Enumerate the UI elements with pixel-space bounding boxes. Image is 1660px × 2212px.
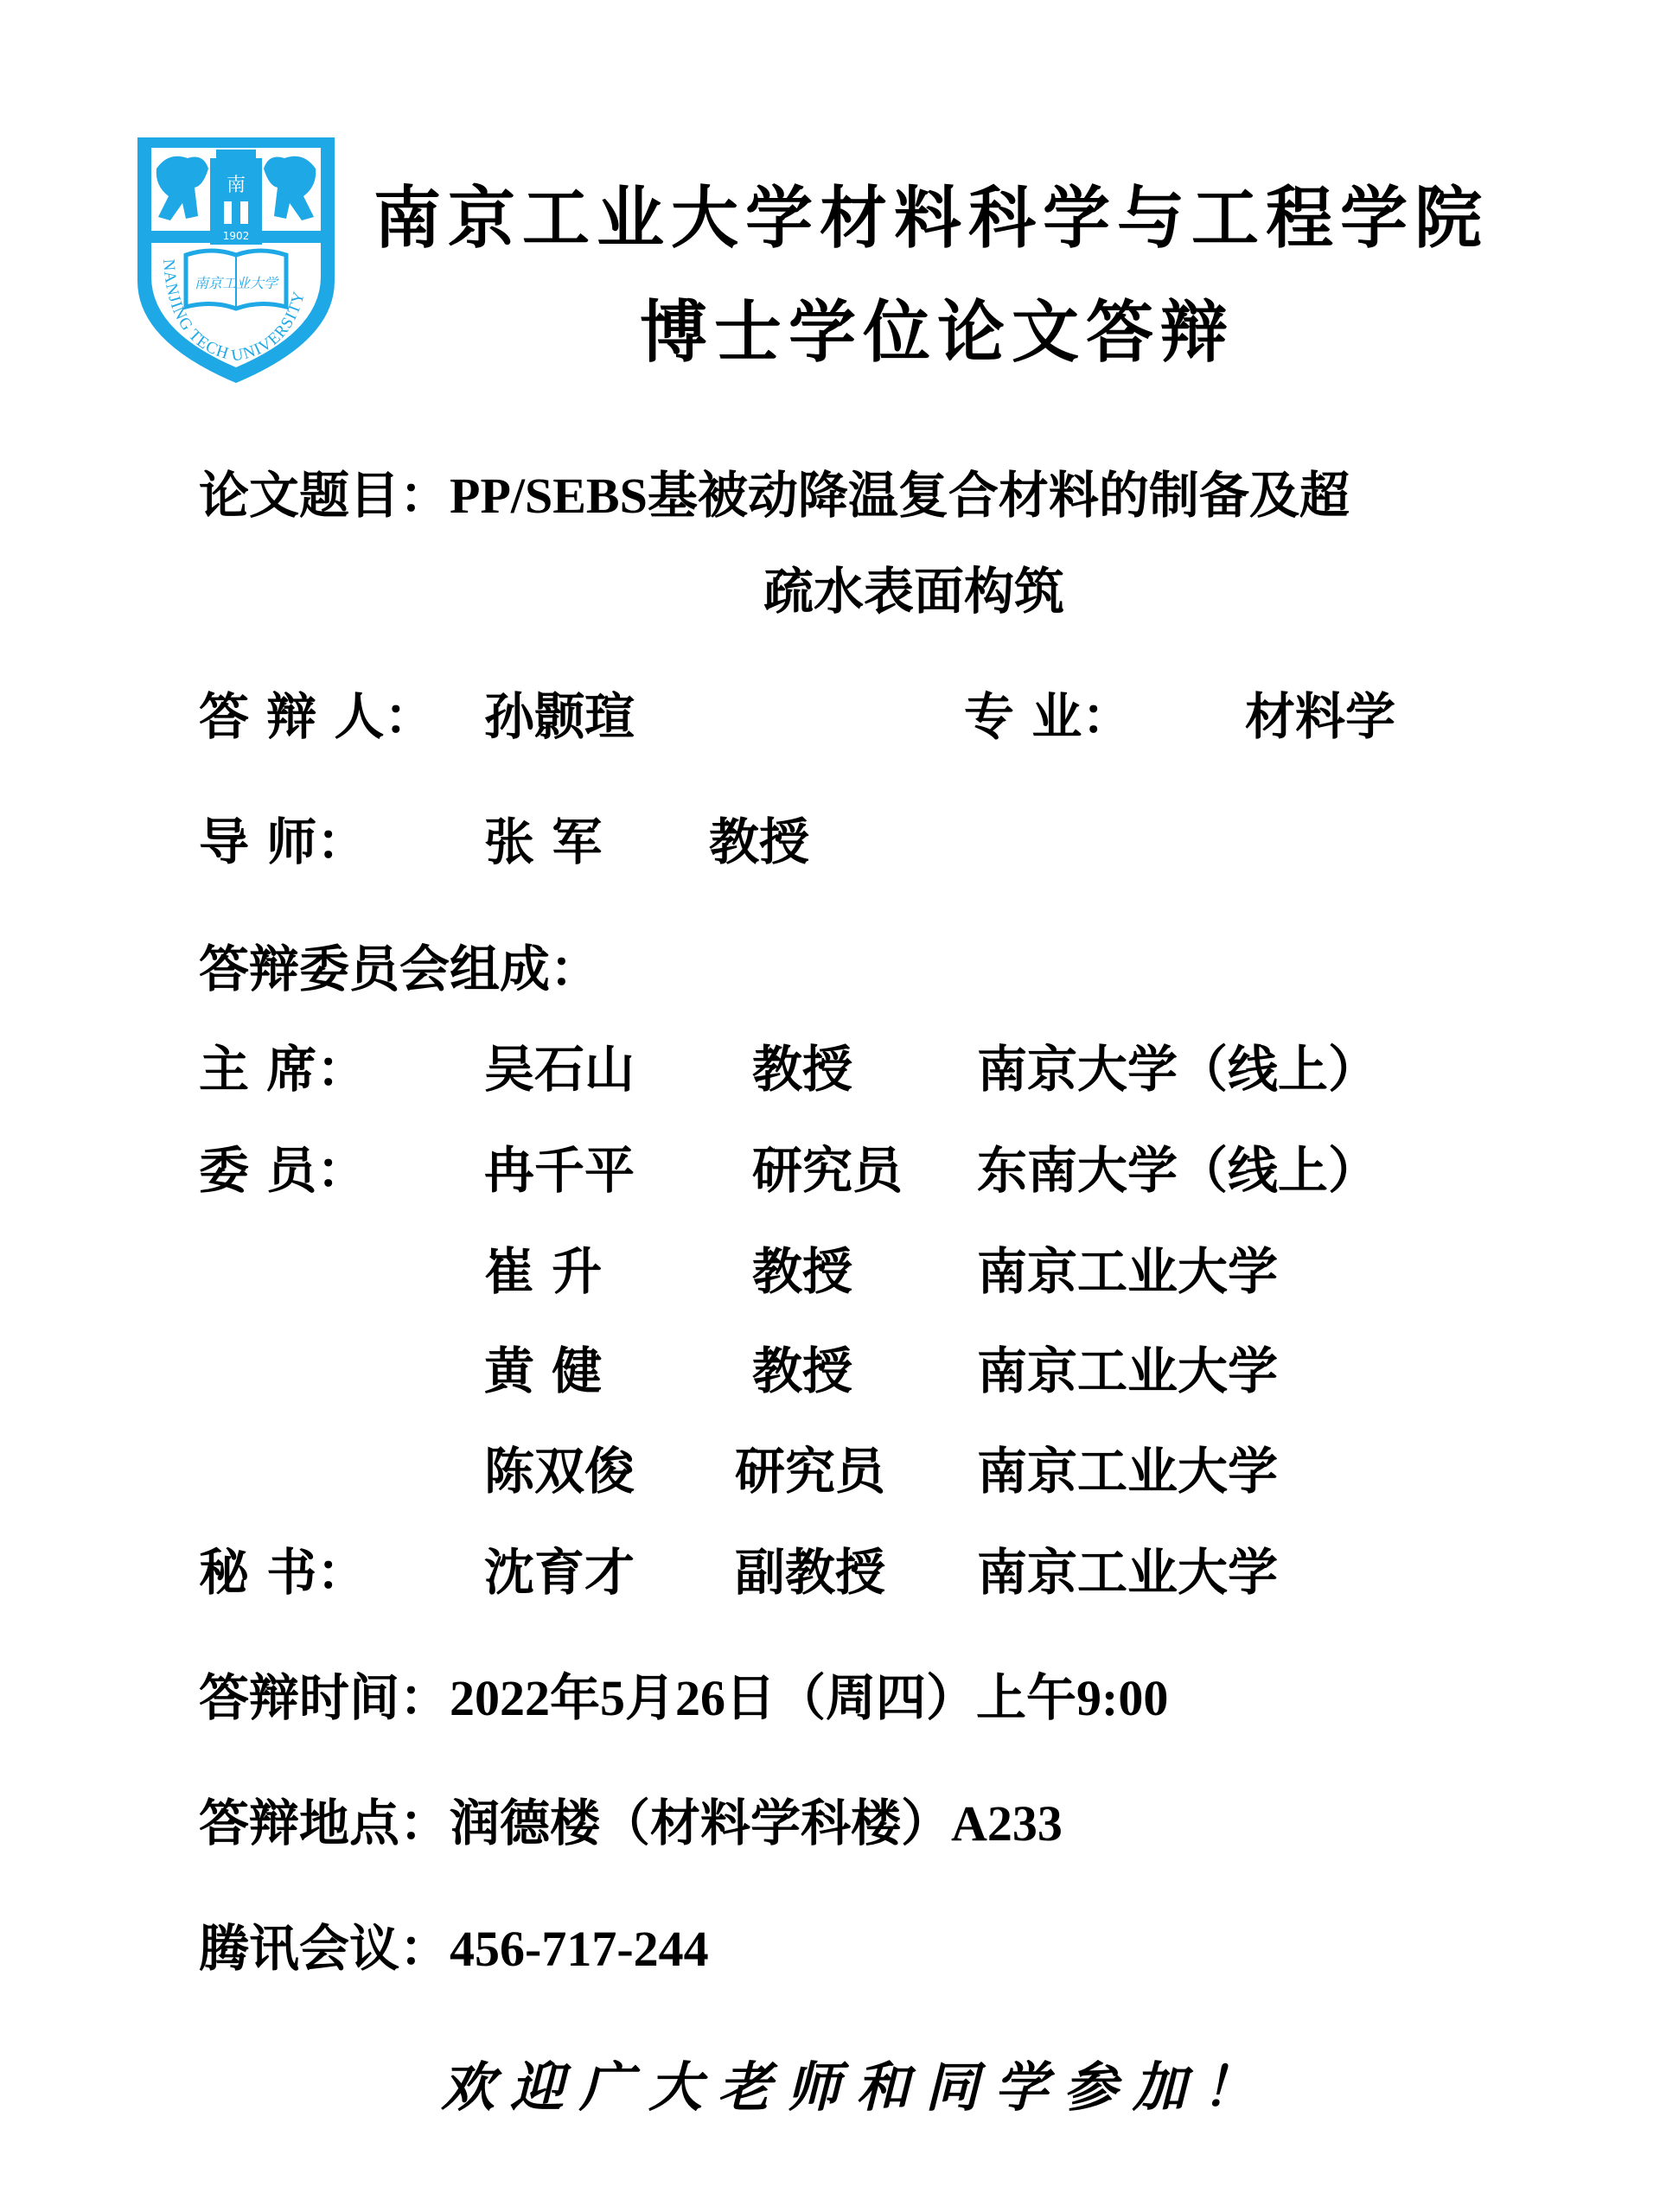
member-title: 教授: [752, 1346, 852, 1396]
member-affiliation: 南京工业大学: [977, 1246, 1278, 1297]
svg-text:南: 南: [227, 175, 246, 196]
member-title: 研究员: [752, 1145, 903, 1195]
advisor-name: 张 军: [484, 817, 602, 867]
candidate-name: 孙颢瑄: [484, 692, 635, 742]
time-row: 答辩时间：2022年5月26日（周四）上午9:00: [199, 1673, 1168, 1724]
meeting-label: 腾讯会议：: [199, 1919, 450, 1978]
school-title: 南京工业大学材料科学与工程学院: [373, 164, 1489, 261]
advisor-label: 导 师：: [199, 817, 367, 867]
committee-member: 委 员： 冉千平 研究员 东南大学（线上）: [199, 1145, 1582, 1206]
meeting-row: 腾讯会议：456-717-244: [199, 1923, 709, 1974]
welcome-message: 欢迎广大老师和同学参加！: [441, 2044, 1271, 2121]
advisor-row: 导 师： 张 军 教授: [199, 817, 1582, 877]
university-logo: 南 1902 南京工业大学 NANJING TECH UNIVERSITY: [134, 134, 338, 385]
member-name: 黄 健: [484, 1346, 602, 1396]
member-role: 秘 书：: [199, 1547, 367, 1597]
member-title: 研究员: [735, 1446, 885, 1496]
member-name: 沈育才: [484, 1547, 635, 1597]
defense-title: 博士学位论文答辩: [640, 278, 1235, 375]
member-title: 教授: [752, 1246, 852, 1297]
member-affiliation: 南京工业大学: [977, 1547, 1278, 1597]
thesis-title-line1: PP/SEBS基被动降温复合材料的制备及超: [450, 468, 1350, 524]
svg-text:南京工业大学: 南京工业大学: [195, 275, 279, 291]
meeting-id: 456-717-244: [450, 1921, 709, 1977]
candidate-label: 答 辩 人：: [199, 692, 434, 742]
member-affiliation: 南京工业大学: [977, 1346, 1278, 1396]
member-name: 冉千平: [484, 1145, 635, 1195]
thesis-row: 论文题目：PP/SEBS基被动降温复合材料的制备及超: [199, 470, 1350, 521]
place-row: 答辩地点：润德楼（材料学科楼）A233: [199, 1798, 1063, 1849]
candidate-row: 答 辩 人： 孙颢瑄 专 业： 材料学: [199, 692, 1582, 752]
member-title: 副教授: [735, 1547, 885, 1597]
member-name: 崔 升: [484, 1246, 602, 1297]
shield-emblem-icon: 南 1902 南京工业大学 NANJING TECH UNIVERSITY: [134, 134, 338, 385]
committee-member: 主 席： 吴石山 教授 南京大学（线上）: [199, 1044, 1582, 1105]
thesis-title-line2: 疏水表面构筑: [763, 566, 1064, 616]
member-affiliation: 南京工业大学: [977, 1446, 1278, 1496]
member-affiliation: 南京大学（线上）: [977, 1044, 1378, 1094]
time-label: 答辩时间：: [199, 1668, 450, 1727]
major-value: 材料学: [1245, 692, 1395, 742]
place-label: 答辩地点：: [199, 1794, 450, 1852]
member-role: 委 员：: [199, 1145, 367, 1195]
member-title: 教授: [752, 1044, 852, 1094]
committee-member: 陈双俊 研究员 南京工业大学: [199, 1446, 1582, 1507]
thesis-label: 论文题目：: [199, 466, 450, 525]
place-value: 润德楼（材料学科楼）A233: [450, 1795, 1063, 1852]
member-affiliation: 东南大学（线上）: [977, 1145, 1378, 1195]
member-role: 主 席：: [199, 1044, 367, 1094]
committee-heading: 答辩委员会组成：: [199, 944, 600, 994]
time-value: 2022年5月26日（周四）上午9:00: [450, 1670, 1168, 1726]
committee-member: 秘 书： 沈育才 副教授 南京工业大学: [199, 1547, 1582, 1608]
advisor-title: 教授: [709, 817, 809, 867]
major-label: 专 业：: [964, 692, 1132, 742]
committee-member: 崔 升 教授 南京工业大学: [199, 1246, 1582, 1307]
committee-member: 黄 健 教授 南京工业大学: [199, 1346, 1582, 1406]
svg-text:1902: 1902: [223, 230, 250, 242]
member-name: 陈双俊: [484, 1446, 635, 1496]
member-name: 吴石山: [484, 1044, 635, 1094]
